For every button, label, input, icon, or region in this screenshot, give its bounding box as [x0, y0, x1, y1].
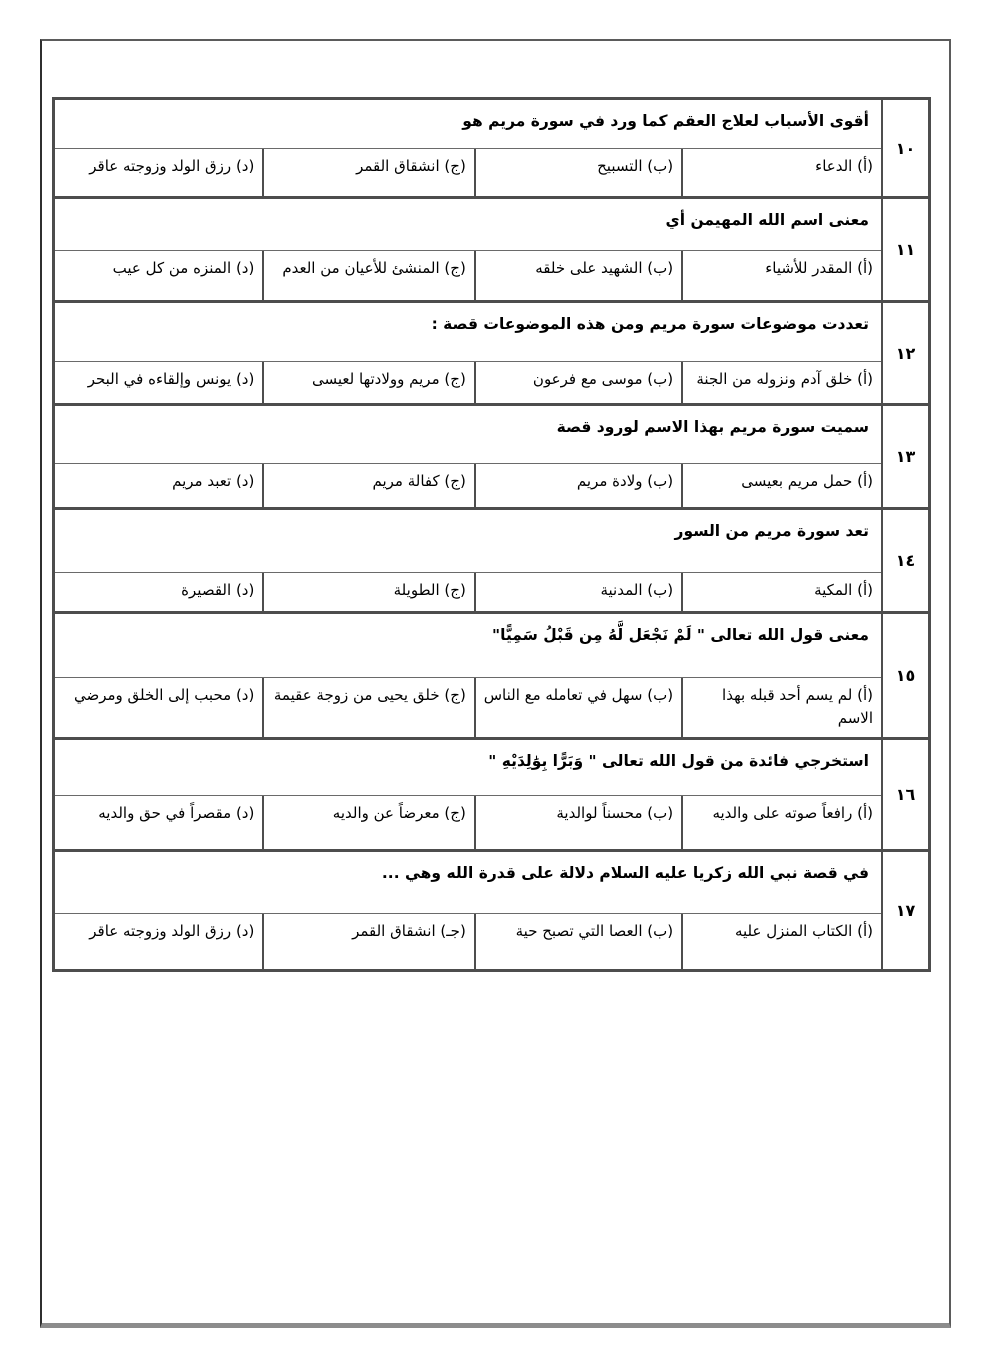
option-label: (ج): [444, 581, 465, 599]
option-cell-d: (د) محبب إلى الخلق ومرضي: [55, 678, 262, 737]
option-label: (أ): [857, 259, 873, 277]
option-label: (أ): [857, 804, 873, 822]
option-label: (ب): [647, 922, 673, 940]
questions-table: ١٠ أقوى الأسباب لعلاج العقم كما ورد في س…: [52, 97, 931, 972]
option-text: محسناً لوالدية: [556, 804, 642, 822]
option-text: معرضاً عن والديه: [333, 804, 440, 822]
question-content: معنى قول الله تعالى " لَمْ نَجْعَل لَّهُ…: [55, 614, 881, 737]
question-content: أقوى الأسباب لعلاج العقم كما ورد في سورة…: [55, 100, 881, 196]
option-cell-c: (ج) معرضاً عن والديه: [262, 796, 473, 849]
option-cell-b: (ب) العصا التي تصبح حية: [474, 914, 681, 969]
option-label: (أ): [857, 686, 873, 704]
question-text: سميت سورة مريم بهذا الاسم لورود قصة: [55, 406, 881, 464]
option-cell-b: (ب) محسناً لوالدية: [474, 796, 681, 849]
question-block-14: ١٤ تعد سورة مريم من السور (أ) المكية (ب)…: [55, 507, 928, 611]
question-number: ١٧: [881, 852, 928, 969]
option-label: (أ): [857, 922, 873, 940]
option-cell-d: (د) رزق الولد وزوجته عاقر: [55, 914, 262, 969]
options-row: (أ) المقدر للأشياء (ب) الشهيد على خلقه (…: [55, 251, 881, 300]
option-cell-c: (ج) خلق يحيى من زوجة عقيمة: [262, 678, 473, 737]
option-text: لم يسم أحد قبله بهذا الاسم: [722, 686, 873, 727]
question-content: في قصة نبي الله زكريا عليه السلام دلالة …: [55, 852, 881, 969]
option-text: حمل مريم بعيسى: [741, 472, 852, 490]
options-row: (أ) الكتاب المنزل عليه (ب) العصا التي تص…: [55, 914, 881, 969]
option-cell-d: (د) يونس وإلقاءه في البحر: [55, 362, 262, 403]
option-text: سهل في تعامله مع الناس: [484, 686, 643, 704]
question-number: ١٥: [881, 614, 928, 737]
options-row: (أ) خلق آدم ونزوله من الجنة (ب) موسى مع …: [55, 362, 881, 403]
option-cell-a: (أ) خلق آدم ونزوله من الجنة: [681, 362, 881, 403]
option-text: المنزه من كل عيب: [113, 259, 232, 277]
option-cell-c: (ج) مريم وولادتها لعيسى: [262, 362, 473, 403]
question-block-15: ١٥ معنى قول الله تعالى " لَمْ نَجْعَل لَ…: [55, 611, 928, 737]
option-label: (د): [236, 804, 254, 822]
question-number: ١١: [881, 199, 928, 300]
question-number: ١٠: [881, 100, 928, 196]
option-text: يونس وإلقاءه في البحر: [88, 370, 231, 388]
question-block-11: ١١ معنى اسم الله المهيمن أي (أ) المقدر ل…: [55, 196, 928, 300]
option-text: كفالة مريم: [372, 472, 439, 490]
option-text: العصا التي تصبح حية: [516, 922, 643, 940]
option-cell-b: (ب) سهل في تعامله مع الناس: [474, 678, 681, 737]
option-label: (د): [236, 259, 254, 277]
option-cell-b: (ب) ولادة مريم: [474, 464, 681, 507]
option-text: ولادة مريم: [577, 472, 643, 490]
option-cell-d: (د) مقصراً في حق والديه: [55, 796, 262, 849]
option-text: المنشئ للأعيان من العدم: [282, 259, 439, 277]
option-cell-a: (أ) حمل مريم بعيسى: [681, 464, 881, 507]
question-block-16: ١٦ استخرجي فائدة من قول الله تعالى " وَب…: [55, 737, 928, 849]
option-text: الكتاب المنزل عليه: [735, 922, 852, 940]
option-text: محبب إلى الخلق ومرضي: [74, 686, 231, 704]
options-row: (أ) المكية (ب) المدنية (ج) الطويلة (د) ا…: [55, 573, 881, 611]
option-cell-a: (أ) رافعاً صوته على والديه: [681, 796, 881, 849]
option-cell-a: (أ) المكية: [681, 573, 881, 611]
option-label: (ج): [444, 157, 465, 175]
option-text: انشقاق القمر: [352, 922, 436, 940]
option-cell-c: (ج) المنشئ للأعيان من العدم: [262, 251, 473, 300]
option-cell-c: (ج) كفالة مريم: [262, 464, 473, 507]
options-row: (أ) الدعاء (ب) التسبيح (ج) انشقاق القمر …: [55, 149, 881, 196]
question-content: تعد سورة مريم من السور (أ) المكية (ب) ال…: [55, 510, 881, 611]
option-text: المكية: [814, 581, 852, 599]
options-row: (أ) حمل مريم بعيسى (ب) ولادة مريم (ج) كف…: [55, 464, 881, 507]
option-cell-a: (أ) المقدر للأشياء: [681, 251, 881, 300]
option-label: (أ): [857, 581, 873, 599]
option-label: (أ): [857, 472, 873, 490]
option-text: رزق الولد وزوجته عاقر: [89, 157, 231, 175]
option-label: (د): [236, 157, 254, 175]
option-text: القصيرة: [181, 581, 231, 599]
option-label: (أ): [857, 370, 873, 388]
option-label: (د): [236, 370, 254, 388]
option-cell-c: (ج) انشقاق القمر: [262, 149, 473, 196]
option-text: الدعاء: [815, 157, 852, 175]
option-label: (جـ): [440, 922, 465, 940]
option-text: الطويلة: [394, 581, 440, 599]
option-label: (ج): [444, 370, 465, 388]
question-text: تعددت موضوعات سورة مريم ومن هذه الموضوعا…: [55, 303, 881, 362]
option-cell-d: (د) القصيرة: [55, 573, 262, 611]
option-label: (ج): [444, 259, 465, 277]
option-cell-d: (د) رزق الولد وزوجته عاقر: [55, 149, 262, 196]
options-row: (أ) رافعاً صوته على والديه (ب) محسناً لو…: [55, 796, 881, 849]
option-label: (ب): [647, 157, 673, 175]
option-label: (ب): [647, 686, 673, 704]
option-label: (ج): [444, 472, 465, 490]
option-cell-a: (أ) لم يسم أحد قبله بهذا الاسم: [681, 678, 881, 737]
options-row: (أ) لم يسم أحد قبله بهذا الاسم (ب) سهل ف…: [55, 678, 881, 737]
option-text: رافعاً صوته على والديه: [712, 804, 852, 822]
option-text: التسبيح: [597, 157, 642, 175]
option-text: المدنية: [600, 581, 642, 599]
question-content: استخرجي فائدة من قول الله تعالى " وَبَرً…: [55, 740, 881, 849]
option-label: (ب): [647, 370, 673, 388]
question-content: تعددت موضوعات سورة مريم ومن هذه الموضوعا…: [55, 303, 881, 403]
question-number: ١٤: [881, 510, 928, 611]
option-cell-d: (د) المنزه من كل عيب: [55, 251, 262, 300]
question-number: ١٢: [881, 303, 928, 403]
question-content: سميت سورة مريم بهذا الاسم لورود قصة (أ) …: [55, 406, 881, 507]
question-text: معنى قول الله تعالى " لَمْ نَجْعَل لَّهُ…: [55, 614, 881, 678]
question-text: معنى اسم الله المهيمن أي: [55, 199, 881, 251]
option-text: الشهيد على خلقه: [535, 259, 642, 277]
question-block-13: ١٣ سميت سورة مريم بهذا الاسم لورود قصة (…: [55, 403, 928, 507]
option-cell-c: (ج) الطويلة: [262, 573, 473, 611]
option-cell-b: (ب) موسى مع فرعون: [474, 362, 681, 403]
option-cell-b: (ب) الشهيد على خلقه: [474, 251, 681, 300]
question-text: أقوى الأسباب لعلاج العقم كما ورد في سورة…: [55, 100, 881, 149]
option-text: تعبد مريم: [172, 472, 231, 490]
option-label: (ب): [647, 472, 673, 490]
option-cell-a: (أ) الكتاب المنزل عليه: [681, 914, 881, 969]
option-text: موسى مع فرعون: [533, 370, 643, 388]
option-label: (ب): [647, 804, 673, 822]
question-block-17: ١٧ في قصة نبي الله زكريا عليه السلام دلا…: [55, 849, 928, 969]
option-cell-d: (د) تعبد مريم: [55, 464, 262, 507]
option-text: خلق يحيى من زوجة عقيمة: [274, 686, 440, 704]
option-cell-b: (ب) التسبيح: [474, 149, 681, 196]
option-text: رزق الولد وزوجته عاقر: [89, 922, 231, 940]
question-content: معنى اسم الله المهيمن أي (أ) المقدر للأش…: [55, 199, 881, 300]
option-text: المقدر للأشياء: [765, 259, 852, 277]
option-label: (د): [236, 922, 254, 940]
question-text: استخرجي فائدة من قول الله تعالى " وَبَرً…: [55, 740, 881, 796]
option-label: (أ): [857, 157, 873, 175]
option-text: خلق آدم ونزوله من الجنة: [696, 370, 852, 388]
option-cell-a: (أ) الدعاء: [681, 149, 881, 196]
question-text: تعد سورة مريم من السور: [55, 510, 881, 573]
option-cell-b: (ب) المدنية: [474, 573, 681, 611]
question-number: ١٦: [881, 740, 928, 849]
option-label: (د): [236, 581, 254, 599]
question-text: في قصة نبي الله زكريا عليه السلام دلالة …: [55, 852, 881, 914]
option-label: (د): [236, 472, 254, 490]
option-label: (ب): [647, 259, 673, 277]
option-label: (ج): [444, 804, 465, 822]
option-label: (د): [236, 686, 254, 704]
option-text: مريم وولادتها لعيسى: [312, 370, 440, 388]
option-label: (ب): [647, 581, 673, 599]
question-number: ١٣: [881, 406, 928, 507]
question-block-10: ١٠ أقوى الأسباب لعلاج العقم كما ورد في س…: [55, 100, 928, 196]
option-label: (ج): [444, 686, 465, 704]
option-cell-c: (جـ) انشقاق القمر: [262, 914, 473, 969]
question-block-12: ١٢ تعددت موضوعات سورة مريم ومن هذه الموض…: [55, 300, 928, 403]
option-text: مقصراً في حق والديه: [98, 804, 231, 822]
option-text: انشقاق القمر: [356, 157, 440, 175]
